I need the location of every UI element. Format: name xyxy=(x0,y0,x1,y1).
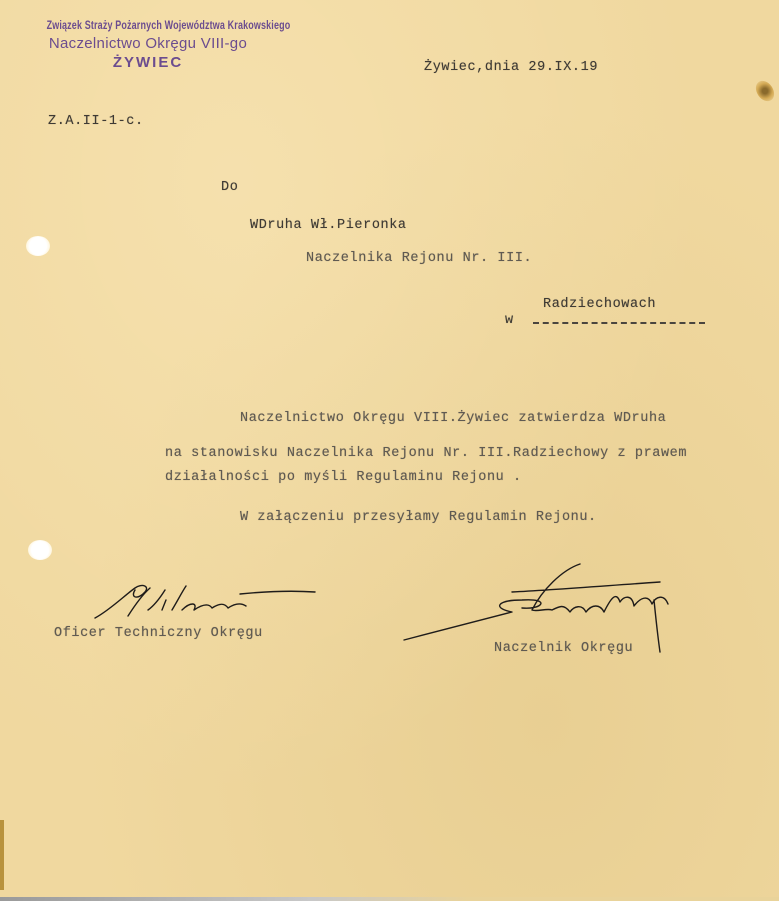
document-page: Związek Straży Pożarnych Województwa Kra… xyxy=(0,0,779,901)
technical-officer-signature xyxy=(90,580,320,625)
reference-number: Z.A.II-1-c. xyxy=(48,114,144,129)
organization-stamp: Związek Straży Pożarnych Województwa Kra… xyxy=(18,20,278,71)
stamp-department: Naczelnictwo Okręgu VIII-go xyxy=(18,36,278,52)
page-edge-left xyxy=(0,820,4,890)
address-to: Do xyxy=(221,180,238,195)
location-dash-line xyxy=(533,322,705,326)
district-commander-title: Naczelnik Okręgu xyxy=(494,641,633,656)
recipient-name: WDruha Wł.Pieronka xyxy=(250,218,407,233)
location-prefix: w xyxy=(505,313,514,328)
recipient-position: Naczelnika Rejonu Nr. III. xyxy=(306,251,532,266)
stamp-city: ŻYWIEC xyxy=(18,55,278,71)
punch-hole-bottom xyxy=(28,540,52,560)
punch-hole-top xyxy=(26,236,50,256)
technical-officer-title: Oficer Techniczny Okręgu xyxy=(54,626,263,641)
body-line-4: W załączeniu przesyłamy Regulamin Rejonu… xyxy=(240,510,597,525)
body-line-3: działalności po myśli Regulaminu Rejonu … xyxy=(165,470,522,485)
paper-stain xyxy=(752,77,778,104)
place-and-date: Żywiec,dnia 29.IX.19 xyxy=(424,60,598,75)
page-edge-bottom xyxy=(0,897,779,901)
body-line-2: na stanowisku Naczelnika Rejonu Nr. III.… xyxy=(165,446,687,461)
stamp-organization-name: Związek Straży Pożarnych Województwa Kra… xyxy=(47,20,250,32)
body-line-1: Naczelnictwo Okręgu VIII.Żywiec zatwierd… xyxy=(240,411,666,426)
recipient-location: Radziechowach xyxy=(543,297,656,312)
